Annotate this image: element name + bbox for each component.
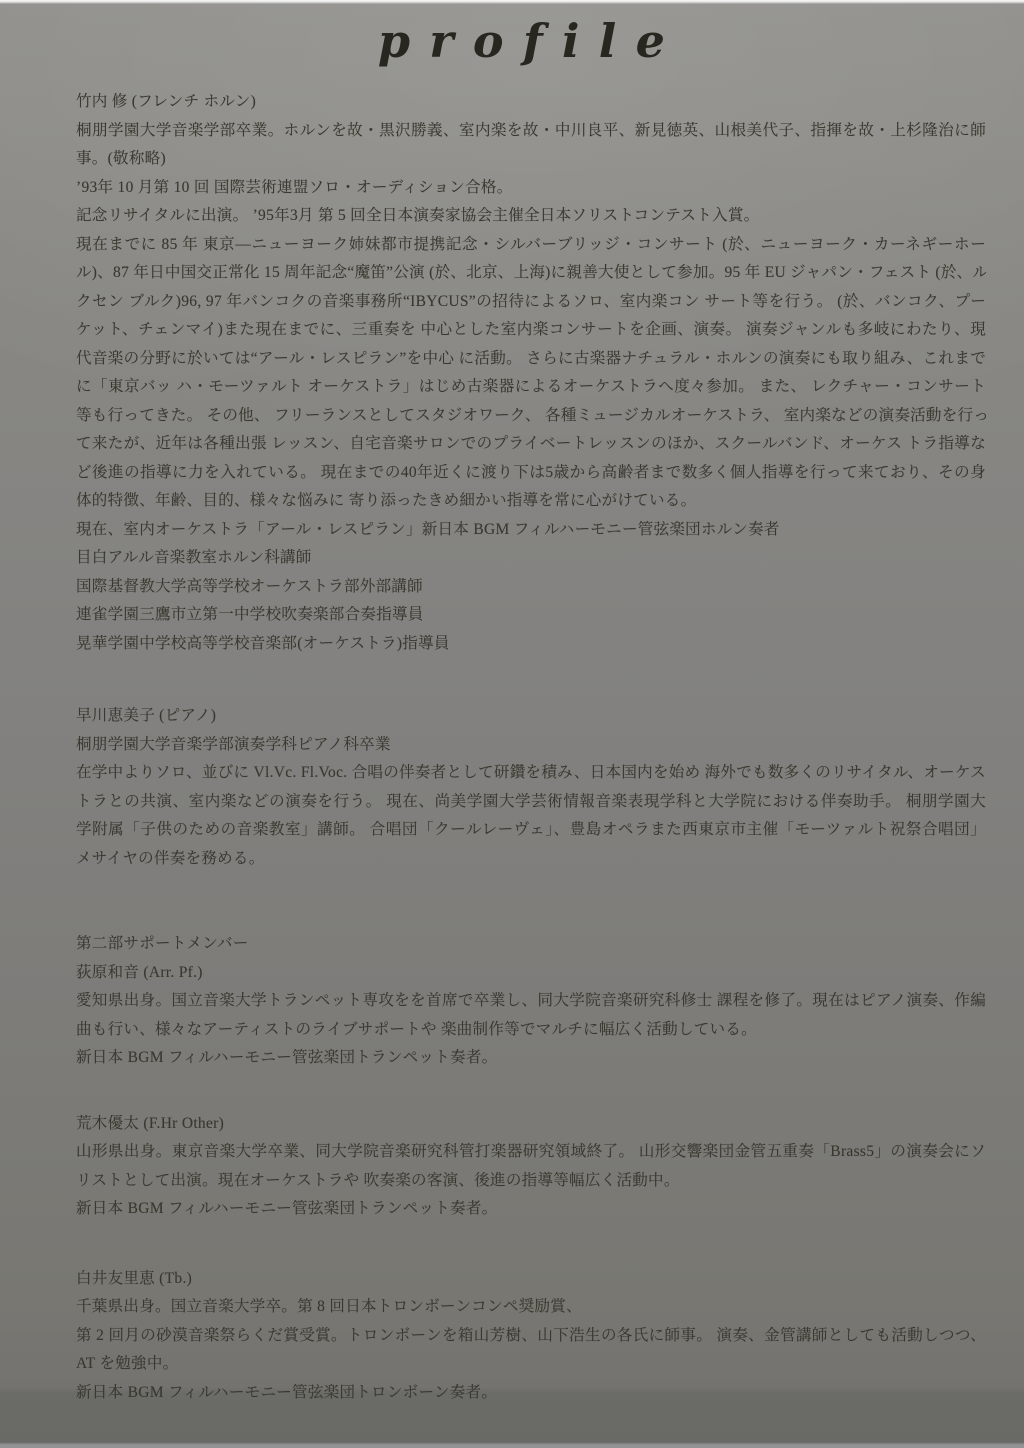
document-body: 竹内 修 (フレンチ ホルン)桐朋学園大学音楽学部卒業。ホルンを故・黒沢勝義、室… [76, 88, 986, 1407]
scanned-profile-page: profile 竹内 修 (フレンチ ホルン)桐朋学園大学音楽学部卒業。ホルンを… [0, 0, 1024, 1448]
paragraph: 荒木優太 (F.Hr Other) [76, 1110, 986, 1139]
text-line: ど後進の指導に力を入れている。 現在までの40年近くに渡り下は5歳から高齢者まで… [76, 459, 986, 488]
paragraph: 国際基督教大学高等学校オーケストラ部外部講師 [76, 573, 986, 602]
profile-section-takeuchi-osamu: 竹内 修 (フレンチ ホルン)桐朋学園大学音楽学部卒業。ホルンを故・黒沢勝義、室… [76, 88, 986, 658]
paragraph: 在学中よりソロ、並びに Vl.Vc. Fl.Voc. 合唱の伴奏者として研鑽を積… [76, 759, 986, 873]
text-line: 晃華学園中学校高等学校音楽部(オーケストラ)指導員 [76, 630, 986, 659]
text-line: 現在、室内オーケストラ「アール・レスピラン」新日本 BGM フィルハーモニー管弦… [76, 516, 986, 545]
paragraph: 新日本 BGM フィルハーモニー管弦楽団トランペット奏者。 [76, 1195, 986, 1224]
paragraph: 山形県出身。東京音楽大学卒業、同大学院音楽研究科管打楽器研究領域終了。 山形交響… [76, 1138, 986, 1195]
paragraph: 第二部サポートメンバー [76, 930, 986, 959]
paragraph: 荻原和音 (Arr. Pf.) [76, 959, 986, 988]
profile-section-part2-support-ogiwara-kazune: 第二部サポートメンバー荻原和音 (Arr. Pf.)愛知県出身。国立音楽大学トラ… [76, 930, 986, 1073]
paragraph: 連雀学園三鷹市立第一中学校吹奏楽部合奏指導員 [76, 601, 986, 630]
paragraph: 晃華学園中学校高等学校音楽部(オーケストラ)指導員 [76, 630, 986, 659]
paragraph: 新日本 BGM フィルハーモニー管弦楽団トロンボーン奏者。 [76, 1379, 986, 1408]
paragraph: 早川恵美子 (ピアノ) [76, 702, 986, 731]
paragraph: ’93年 10 月第 10 回 国際芸術連盟ソロ・オーディション合格。 [76, 174, 986, 203]
paragraph: 現在、室内オーケストラ「アール・レスピラン」新日本 BGM フィルハーモニー管弦… [76, 516, 986, 545]
text-line: クセン ブルク)96, 97 年バンコクの音楽事務所“IBYCUS”の招待による… [76, 288, 986, 317]
text-line: ル)、87 年日中国交正常化 15 周年記念“魔笛”公演 (於、北京、上海)に親… [76, 259, 986, 288]
text-line: て来たが、近年は各種出張 レッスン、自宅音楽サロンでのプライベートレッスンのほか… [76, 430, 986, 459]
profile-section-shirai-yurie: 白井友里恵 (Tb.)千葉県出身。国立音楽大学卒。第 8 回日本トロンボーンコン… [76, 1265, 986, 1408]
text-line: 荻原和音 (Arr. Pf.) [76, 959, 986, 988]
text-line: 等も行ってきた。 その他、 フリーランスとしてスタジオワーク、 各種ミュージカル… [76, 402, 986, 431]
text-line: 桐朋学園大学音楽学部卒業。ホルンを故・黒沢勝義、室内楽を故・中川良平、新見徳英、… [76, 117, 986, 146]
text-line: ’93年 10 月第 10 回 国際芸術連盟ソロ・オーディション合格。 [76, 174, 986, 203]
text-line: メサイヤの伴奏を務める。 [76, 845, 986, 874]
text-line: 山形県出身。東京音楽大学卒業、同大学院音楽研究科管打楽器研究領域終了。 山形交響… [76, 1138, 986, 1167]
text-line: 現在までに 85 年 東京―ニューヨーク姉妹都市提携記念・シルバーブリッジ・コン… [76, 231, 986, 260]
paragraph: 竹内 修 (フレンチ ホルン) [76, 88, 986, 117]
text-line: 学附属「子供のための音楽教室」講師。 合唱団「クールレーヴェ」、豊島オペラまた西… [76, 816, 986, 845]
page-title-text: profile [378, 14, 684, 68]
text-line: ケット、チェンマイ)また現在までに、三重奏を 中心とした室内楽コンサートを企画、… [76, 316, 986, 345]
paragraph: 千葉県出身。国立音楽大学卒。第 8 回日本トロンボーンコンペ奨励賞、 [76, 1293, 986, 1322]
paragraph: 桐朋学園大学音楽学部卒業。ホルンを故・黒沢勝義、室内楽を故・中川良平、新見徳英、… [76, 117, 986, 174]
text-line: 新日本 BGM フィルハーモニー管弦楽団トランペット奏者。 [76, 1195, 986, 1224]
page-title: profile [0, 14, 1024, 68]
profile-section-hayakawa-emiko: 早川恵美子 (ピアノ)桐朋学園大学音楽学部演奏学科ピアノ科卒業在学中よりソロ、並… [76, 702, 986, 873]
text-line: 新日本 BGM フィルハーモニー管弦楽団トロンボーン奏者。 [76, 1379, 986, 1408]
paragraph: 桐朋学園大学音楽学部演奏学科ピアノ科卒業 [76, 731, 986, 760]
text-line: 記念リサイタルに出演。 ’95年3月 第 5 回全日本演奏家協会主催全日本ソリス… [76, 202, 986, 231]
profile-section-araki-yuta: 荒木優太 (F.Hr Other)山形県出身。東京音楽大学卒業、同大学院音楽研究… [76, 1110, 986, 1224]
text-line: 千葉県出身。国立音楽大学卒。第 8 回日本トロンボーンコンペ奨励賞、 [76, 1293, 986, 1322]
text-line: 桐朋学園大学音楽学部演奏学科ピアノ科卒業 [76, 731, 986, 760]
text-line: 代音楽の分野に於いては“アール・レスピラン”を中心 に活動。 さらに古楽器ナチュ… [76, 345, 986, 374]
text-line: 荒木優太 (F.Hr Other) [76, 1110, 986, 1139]
text-line: 新日本 BGM フィルハーモニー管弦楽団トランペット奏者。 [76, 1044, 986, 1073]
text-line: 早川恵美子 (ピアノ) [76, 702, 986, 731]
paragraph: 目白アルル音楽教室ホルン科講師 [76, 544, 986, 573]
text-line: 在学中よりソロ、並びに Vl.Vc. Fl.Voc. 合唱の伴奏者として研鑽を積… [76, 759, 986, 788]
text-line: 第 2 回月の砂漠音楽祭らくだ賞受賞。トロンボーンを箱山芳樹、山下浩生の各氏に師… [76, 1322, 986, 1351]
text-line: 白井友里恵 (Tb.) [76, 1265, 986, 1294]
text-line: 曲も行い、様々なアーティストのライブサポートや 楽曲制作等でマルチに幅広く活動し… [76, 1016, 986, 1045]
paragraph: 白井友里恵 (Tb.) [76, 1265, 986, 1294]
text-line: AT を勉強中。 [76, 1350, 986, 1379]
paragraph: 愛知県出身。国立音楽大学トランペット専攻をを首席で卒業し、同大学院音楽研究科修士… [76, 987, 986, 1044]
text-line: に「東京バッ ハ・モーツァルト オーケストラ」はじめ古楽器によるオーケストラへ度… [76, 373, 986, 402]
text-line: トラとの共演、室内楽などの演奏を行う。 現在、尚美学園大学芸術情報音楽表現学科と… [76, 788, 986, 817]
text-line: 愛知県出身。国立音楽大学トランペット専攻をを首席で卒業し、同大学院音楽研究科修士… [76, 987, 986, 1016]
paragraph: 記念リサイタルに出演。 ’95年3月 第 5 回全日本演奏家協会主催全日本ソリス… [76, 202, 986, 231]
text-line: 第二部サポートメンバー [76, 930, 986, 959]
paragraph: 現在までに 85 年 東京―ニューヨーク姉妹都市提携記念・シルバーブリッジ・コン… [76, 231, 986, 516]
paragraph: 第 2 回月の砂漠音楽祭らくだ賞受賞。トロンボーンを箱山芳樹、山下浩生の各氏に師… [76, 1322, 986, 1379]
paragraph: 新日本 BGM フィルハーモニー管弦楽団トランペット奏者。 [76, 1044, 986, 1073]
text-line: 体的特徴、年齢、目的、様々な悩みに 寄り添ったきめ細かい指導を常に心がけている。 [76, 487, 986, 516]
text-line: リストとして出演。現在オーケストラや 吹奏楽の客演、後進の指導等幅広く活動中。 [76, 1167, 986, 1196]
text-line: 竹内 修 (フレンチ ホルン) [76, 88, 986, 117]
text-line: 事。(敬称略) [76, 145, 986, 174]
text-line: 国際基督教大学高等学校オーケストラ部外部講師 [76, 573, 986, 602]
text-line: 連雀学園三鷹市立第一中学校吹奏楽部合奏指導員 [76, 601, 986, 630]
text-line: 目白アルル音楽教室ホルン科講師 [76, 544, 986, 573]
